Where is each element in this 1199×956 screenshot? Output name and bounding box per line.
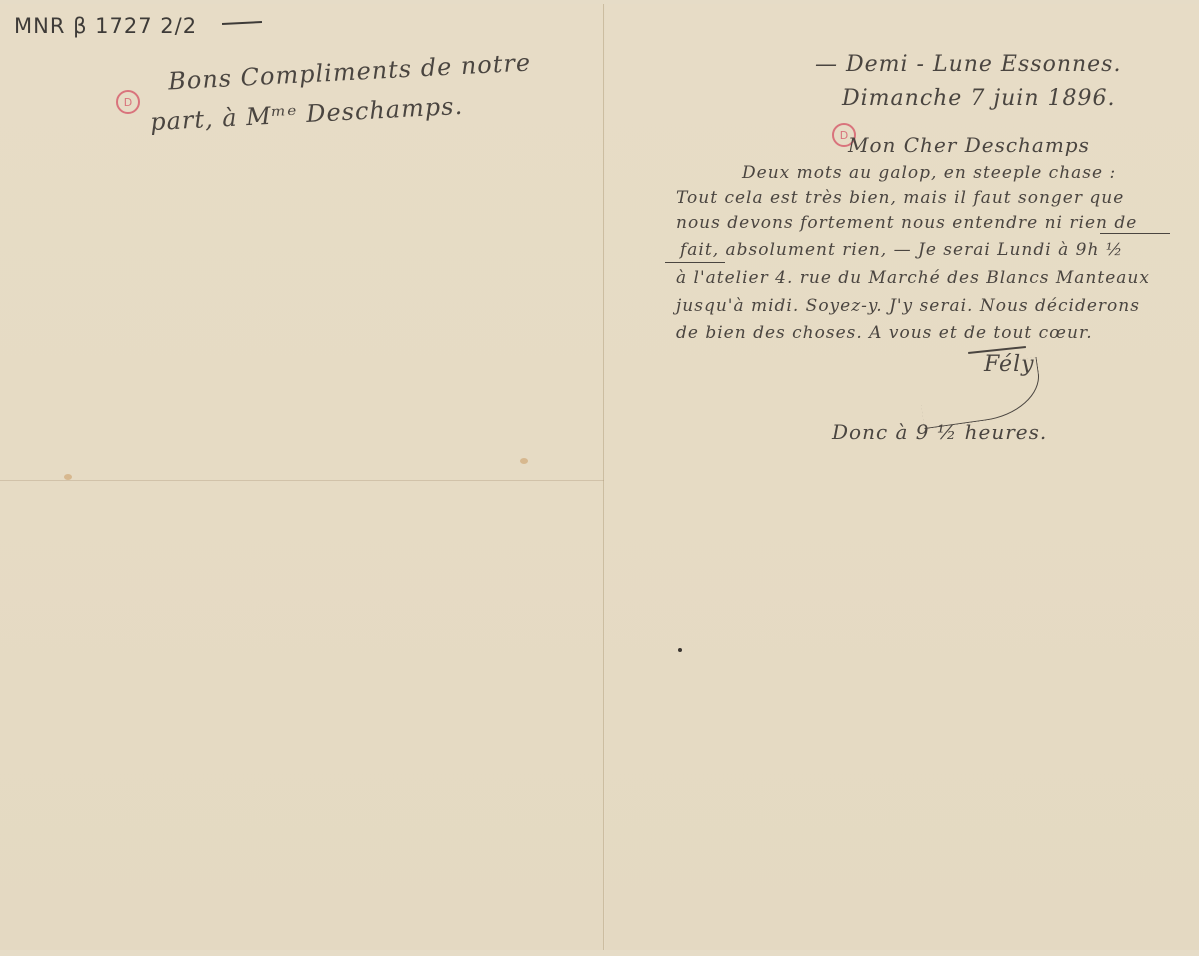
foxing-mark: [64, 474, 72, 480]
underline-mark: [1100, 233, 1170, 234]
stamp-icon: D: [116, 90, 140, 114]
body-line-3: nous devons fortement nous entendre ni r…: [676, 213, 1137, 233]
body-line-4: fait, absolument rien, — Je serai Lundi …: [680, 240, 1123, 260]
letter-date: Dimanche 7 juin 1896.: [842, 86, 1115, 111]
body-line-7: de bien des choses. A vous et de tout cœ…: [676, 323, 1093, 343]
postscript-time: Donc à 9 ½ heures.: [832, 420, 1047, 444]
ink-speck: [678, 648, 682, 652]
scanned-letter: MNR β 1727 2/2 D Bons Compliments de not…: [0, 0, 1199, 956]
catalog-number: MNR β 1727 2/2: [14, 14, 197, 38]
center-fold: [603, 4, 605, 950]
left-page: [0, 4, 604, 950]
horizontal-fold: [0, 480, 604, 481]
stamp-label: D: [124, 96, 132, 109]
salutation: Mon Cher Deschamps: [848, 133, 1090, 157]
body-line-6: jusqu'à midi. Soyez-y. J'y serai. Nous d…: [676, 296, 1140, 316]
stamp-label: D: [840, 129, 848, 142]
foxing-mark: [520, 458, 528, 464]
body-line-5: à l'atelier 4. rue du Marché des Blancs …: [676, 268, 1150, 288]
body-line-1: Deux mots au galop, en steeple chase :: [742, 163, 1116, 183]
body-line-2: Tout cela est très bien, mais il faut so…: [676, 188, 1124, 208]
letter-place: — Demi - Lune Essonnes.: [815, 52, 1121, 77]
underline-mark: [665, 262, 725, 263]
